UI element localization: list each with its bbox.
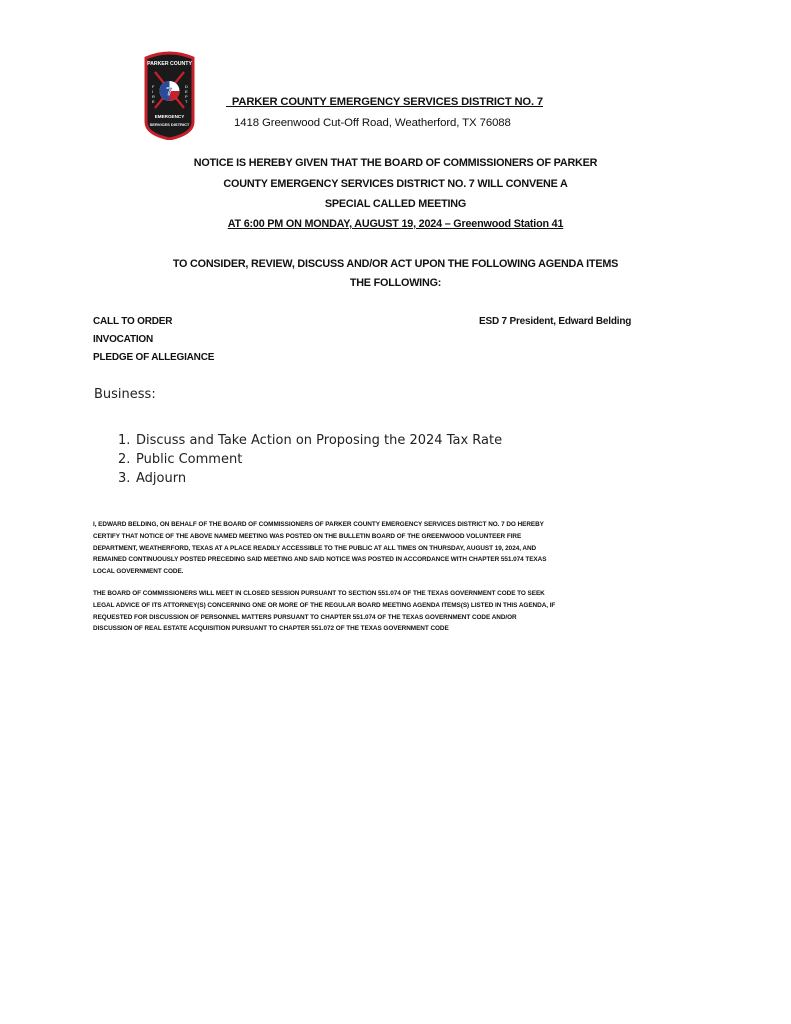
svg-text:SERVICES DISTRICT: SERVICES DISTRICT	[150, 122, 190, 127]
fire-department-patch-logo: PARKER COUNTY 7 F I R E D E P T EMERGENC…	[142, 50, 197, 140]
agenda-item: 2.Public Comment	[118, 450, 502, 469]
svg-text:EMERGENCY: EMERGENCY	[155, 114, 185, 119]
notice-line: COUNTY EMERGENCY SERVICES DISTRICT NO. 7…	[0, 178, 791, 190]
posting-certification: I, EDWARD BELDING, ON BEHALF OF THE BOAR…	[93, 519, 653, 578]
consider-line: TO CONSIDER, REVIEW, DISCUSS AND/OR ACT …	[0, 258, 791, 270]
closed-session-notice: THE BOARD OF COMMISSIONERS WILL MEET IN …	[93, 588, 653, 635]
svg-text:E: E	[152, 99, 155, 104]
svg-text:7: 7	[166, 86, 172, 98]
notice-line: NOTICE IS HEREBY GIVEN THAT THE BOARD OF…	[0, 157, 791, 169]
district-address: 1418 Greenwood Cut-Off Road, Weatherford…	[234, 117, 511, 129]
svg-text:PARKER COUNTY: PARKER COUNTY	[147, 61, 192, 67]
business-agenda-list: 1.Discuss and Take Action on Proposing t…	[118, 431, 502, 488]
opening-item-invocation: INVOCATION	[93, 334, 153, 345]
district-title: PARKER COUNTY EMERGENCY SERVICES DISTRIC…	[226, 96, 543, 108]
opening-item-pledge: PLEDGE OF ALLEGIANCE	[93, 352, 214, 363]
meeting-datetime-location: AT 6:00 PM ON MONDAY, AUGUST 19, 2024 – …	[0, 218, 791, 230]
agenda-item: 3.Adjourn	[118, 469, 502, 488]
consider-line: THE FOLLOWING:	[0, 277, 791, 289]
notice-line: SPECIAL CALLED MEETING	[0, 198, 791, 210]
presiding-officer: ESD 7 President, Edward Belding	[479, 316, 631, 327]
business-heading: Business:	[94, 387, 156, 402]
document-page: PARKER COUNTY 7 F I R E D E P T EMERGENC…	[0, 0, 791, 1024]
agenda-item: 1.Discuss and Take Action on Proposing t…	[118, 431, 502, 450]
opening-item-call-to-order: CALL TO ORDER	[93, 316, 172, 327]
